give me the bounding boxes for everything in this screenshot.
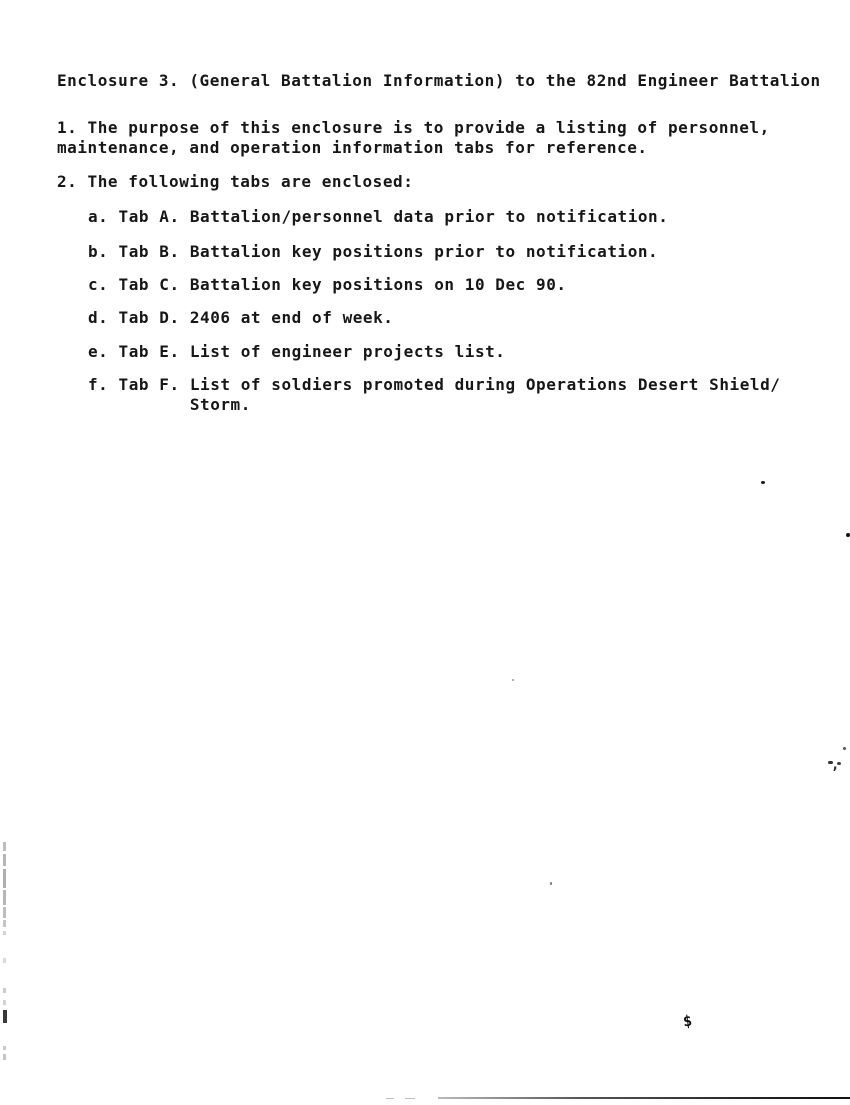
ink-speck [761,481,765,484]
scan-edge-mark [3,842,6,851]
paragraph-1: 1. The purpose of this enclosure is to p… [57,118,770,158]
scan-edge-mark [3,1010,7,1023]
tab-item-b: b. Tab B. Battalion key positions prior … [88,242,658,262]
ink-speck [846,533,850,537]
tab-item-f: f. Tab F. List of soldiers promoted duri… [88,375,780,415]
ink-smudge: , [831,757,839,773]
scan-edge-mark [3,854,6,866]
scan-edge-mark [3,1054,6,1060]
scan-edge-mark [3,988,6,993]
tab-item-c: c. Tab C. Battalion key positions on 10 … [88,275,567,295]
page-edge-dash [405,1098,415,1099]
scan-edge-mark [3,920,6,927]
ink-speck [843,747,846,750]
paragraph-2: 2. The following tabs are enclosed: [57,172,413,192]
scan-edge-mark [3,931,6,935]
scan-edge-mark [3,958,6,963]
scan-edge-mark [3,890,6,905]
ink-blot-mark: $ [682,1011,693,1030]
ink-speck [512,679,514,681]
scan-edge-mark [3,1000,6,1005]
scan-edge-mark [3,1046,6,1050]
scan-edge-mark [3,907,6,918]
ink-speck [550,882,552,885]
page-edge-dash [386,1098,394,1099]
tab-item-a: a. Tab A. Battalion/personnel data prior… [88,207,668,227]
tab-item-e: e. Tab E. List of engineer projects list… [88,342,506,362]
scan-edge-mark [3,869,6,888]
enclosure-title: Enclosure 3. (General Battalion Informat… [57,71,821,91]
tab-item-d: d. Tab D. 2406 at end of week. [88,308,393,328]
page-edge-line [438,1097,850,1099]
scanned-document-page: Enclosure 3. (General Battalion Informat… [0,0,850,1105]
